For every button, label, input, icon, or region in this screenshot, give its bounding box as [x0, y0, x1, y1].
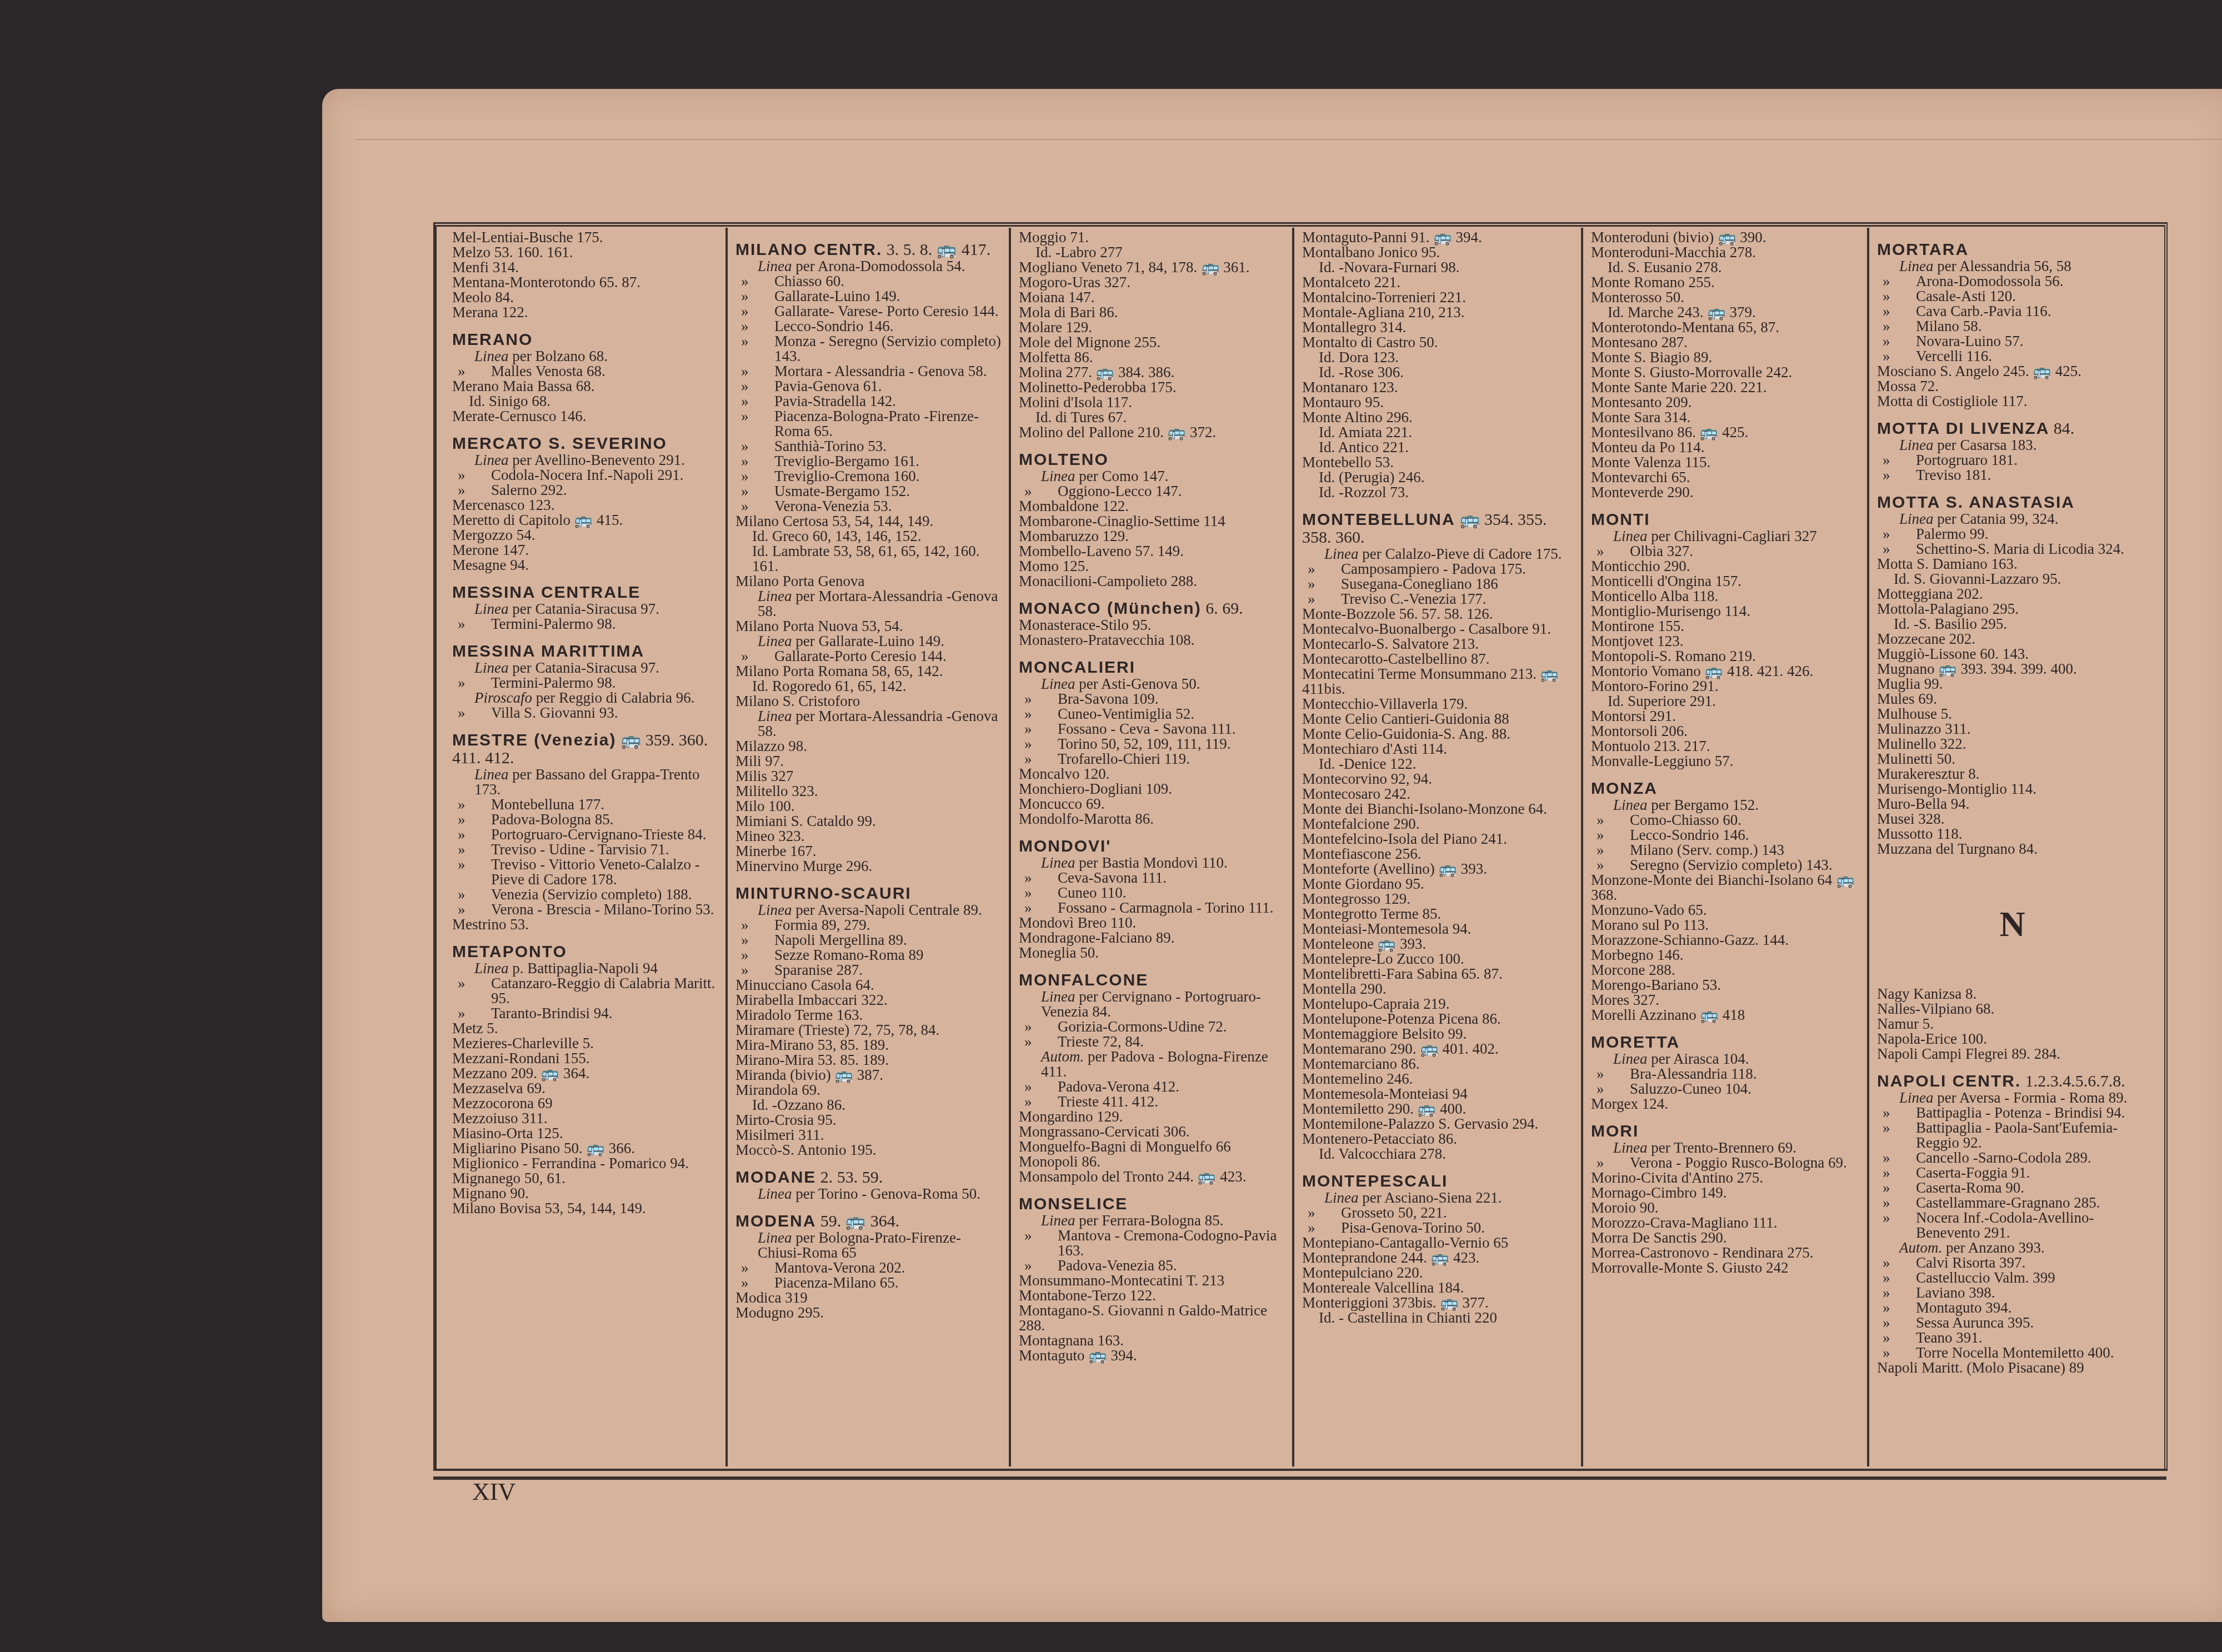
line-continuation: Gallarate- Varese- Porto Ceresio 144. [735, 304, 1001, 319]
station-heading: MERCATO S. SEVERINO [452, 435, 718, 453]
index-entry: Id. -Novara-Furnari 98. [1302, 260, 1573, 275]
line-entry: Linea per Trento-Brennero 69. [1591, 1140, 1859, 1155]
line-continuation: Sessa Aurunca 395. [1877, 1315, 2148, 1330]
line-continuation: Malles Venosta 68. [452, 364, 718, 379]
line-continuation: Portogruaro 181. [1877, 453, 2148, 468]
station-table-refs: 6. 69. [1202, 599, 1243, 618]
index-entry: Mottola-Palagiano 295. [1877, 602, 2148, 617]
station-heading: METAPONTO [452, 943, 718, 961]
index-entry: Montaguto 🚌 394. [1019, 1348, 1284, 1363]
line-label: Linea [474, 659, 509, 676]
line-continuation: Formia 89, 279. [735, 918, 1001, 933]
index-entry: Mulhouse 5. [1877, 707, 2148, 722]
index-entry: Montesano 287. [1591, 335, 1859, 350]
line-label: Linea [758, 633, 792, 649]
line-destination: per Avellino-Benevento 291. [509, 452, 685, 468]
line-continuation: Venezia (Servizio completo) 188. [452, 887, 718, 902]
index-entry: Mezzoiuso 311. [452, 1111, 718, 1126]
line-label: Linea [758, 902, 792, 918]
index-entry: Montalbano Jonico 95. [1302, 245, 1573, 260]
line-continuation: Cuneo 110. [1019, 885, 1284, 900]
line-label: Linea [758, 708, 792, 724]
index-entry: Monchiero-Dogliani 109. [1019, 782, 1284, 797]
line-continuation: Portogruaro-Cervignano-Trieste 84. [452, 827, 718, 842]
line-label: Linea [1899, 437, 1934, 453]
station-name: MODANE [735, 1168, 816, 1187]
line-continuation: Fossano - Ceva - Savona 111. [1019, 722, 1284, 737]
index-entry: Muggiò-Lissone 60. 143. [1877, 647, 2148, 662]
index-entry: Morelli Azzinano 🚌 418 [1591, 1008, 1859, 1023]
index-entry: Musei 328. [1877, 812, 2148, 827]
index-entry: Moroio 90. [1591, 1200, 1859, 1215]
line-continuation: Treviso C.-Venezia 177. [1302, 592, 1573, 607]
index-entry: Merone 147. [452, 543, 718, 558]
index-entry: Montemarciano 86. [1302, 1057, 1573, 1072]
line-destination: per Aversa - Formia - Roma 89. [1934, 1089, 2128, 1106]
station-table-refs: 84. [2049, 419, 2074, 438]
line-continuation: Trieste 72, 84. [1019, 1034, 1284, 1049]
line-continuation: Padova-Venezia 85. [1019, 1258, 1284, 1273]
line-continuation: Usmate-Bergamo 152. [735, 484, 1001, 499]
line-continuation: Sezze Romano-Roma 89 [735, 948, 1001, 963]
index-entry: Montegrosso 129. [1302, 892, 1573, 907]
index-entry: Id. -Ozzano 86. [735, 1098, 1001, 1113]
index-entry: Id. Antico 221. [1302, 440, 1573, 455]
index-entry: Montalto di Castro 50. [1302, 335, 1573, 350]
index-entry: Monte Celio-Guidonia-S. Ang. 88. [1302, 727, 1573, 742]
index-entry: Montepulciano 220. [1302, 1265, 1573, 1280]
line-continuation: Monza - Seregno (Servizio completo) 143. [735, 334, 1001, 364]
station-name: MESTRE (Venezia) [452, 731, 616, 749]
index-entry: Miramare (Trieste) 72, 75, 78, 84. [735, 1023, 1001, 1038]
station-heading: MONZA [1591, 780, 1859, 798]
station-name: MONCALIERI [1019, 658, 1135, 677]
station-name: MINTURNO-SCAURI [735, 884, 912, 903]
index-entry: Mozzecane 202. [1877, 632, 2148, 647]
index-entry: Montereale Valcellina 184. [1302, 1280, 1573, 1295]
index-entry: Monte Valenza 115. [1591, 455, 1859, 470]
index-entry: Morazzone-Schianno-Gazz. 144. [1591, 933, 1859, 948]
index-entry: Minervino Murge 296. [735, 859, 1001, 874]
line-continuation: Napoli Mergellina 89. [735, 933, 1001, 948]
line-destination: per Calalzo-Pieve di Cadore 175. [1359, 545, 1562, 562]
station-name: MOLTENO [1019, 450, 1109, 469]
page-edge-line [356, 139, 2222, 140]
station-name: MONACO (München) [1019, 599, 1202, 618]
index-entry: Minucciano Casola 64. [735, 978, 1001, 993]
index-entry: Moncucco 69. [1019, 797, 1284, 812]
index-entry: Mignanego 50, 61. [452, 1171, 718, 1186]
index-entry: Montefelcino-Isola del Piano 241. [1302, 832, 1573, 847]
index-entry: Modugno 295. [735, 1305, 1001, 1320]
line-entry: Linea p. Battipaglia-Napoli 94 [452, 961, 718, 976]
index-entry: Id. Marche 243. 🚌 379. [1591, 305, 1859, 320]
index-entry: Id. Lambrate 53, 58, 61, 65, 142, 160. 1… [735, 544, 1001, 574]
index-entry: Mules 69. [1877, 692, 2148, 707]
line-continuation: Mantova-Verona 202. [735, 1260, 1001, 1275]
line-label: Linea [474, 960, 509, 977]
index-entry: Id. Greco 60, 143, 146, 152. [735, 529, 1001, 544]
station-heading: MESSINA MARITTIMA [452, 643, 718, 660]
line-continuation: Cuneo-Ventimiglia 52. [1019, 707, 1284, 722]
index-entry: Montorsoli 206. [1591, 724, 1859, 739]
station-heading: MONSELICE [1019, 1195, 1284, 1213]
line-continuation: Vercelli 116. [1877, 349, 2148, 364]
line-continuation: Verona-Venezia 53. [735, 499, 1001, 514]
index-entry: Mirabella Imbaccari 322. [735, 993, 1001, 1008]
line-entry: Linea per Catania-Siracusa 97. [452, 602, 718, 617]
index-entry: Montepiano-Cantagallo-Vernio 65 [1302, 1235, 1573, 1250]
line-entry: Linea per Arona-Domodossola 54. [735, 259, 1001, 274]
station-name: MODENA [735, 1212, 816, 1230]
line-continuation: Novara-Luino 57. [1877, 334, 2148, 349]
index-entry: Metz 5. [452, 1021, 718, 1036]
line-entry: Linea per Casarsa 183. [1877, 438, 2148, 453]
index-entry: Mergozzo 54. [452, 528, 718, 543]
line-continuation: Sparanise 287. [735, 963, 1001, 978]
station-name: MONDOVI' [1019, 837, 1111, 855]
line-label: Piroscafo [474, 689, 532, 706]
index-entry: Migliarino Pisano 50. 🚌 366. [452, 1141, 718, 1156]
index-entry: Moccò-S. Antonio 195. [735, 1143, 1001, 1158]
line-destination: per Bastia Mondovì 110. [1075, 854, 1228, 871]
line-entry: Linea per Bassano del Grappa-Trento 173. [452, 767, 718, 797]
line-label: Linea [474, 600, 509, 617]
station-name: METAPONTO [452, 943, 567, 961]
index-entry: Mombaldone 122. [1019, 499, 1284, 514]
index-entry: Montella 290. [1302, 982, 1573, 997]
line-label: Linea [1613, 528, 1648, 544]
line-entry: Linea per Catania-Siracusa 97. [452, 660, 718, 675]
index-entry: Motta S. Damiano 163. [1877, 557, 2148, 572]
line-label: Linea [758, 1185, 792, 1202]
line-continuation: Battipaglia - Potenza - Brindisi 94. [1877, 1105, 2148, 1120]
index-entry: Id. -S. Basilio 295. [1877, 617, 2148, 632]
index-entry: Motta di Costigliole 117. [1877, 394, 2148, 409]
station-heading: MESSINA CENTRALE [452, 584, 718, 602]
index-entry: Monte Sara 314. [1591, 410, 1859, 425]
station-heading: MESTRE (Venezia) 🚌 359. 360. 411. 412. [452, 732, 718, 767]
index-entry: Monasterace-Stilo 95. [1019, 618, 1284, 633]
line-continuation: Montebelluna 177. [452, 797, 718, 812]
station-name: NAPOLI CENTR. [1877, 1072, 2021, 1090]
index-entry: Monte dei Bianchi-Isolano-Monzone 64. [1302, 802, 1573, 817]
line-continuation: Camposampiero - Padova 175. [1302, 562, 1573, 577]
line-continuation: Castellammare-Gragnano 285. [1877, 1195, 2148, 1210]
index-entry: Molini d'Isola 117. [1019, 395, 1284, 410]
line-label: Linea [1613, 1139, 1648, 1156]
line-entry: Linea per Mortara-Alessandria -Genova 58… [735, 589, 1001, 619]
index-column-2: MILANO CENTR. 3. 5. 8. 🚌 417.Linea per A… [728, 228, 1011, 1466]
line-label: Linea [758, 258, 792, 274]
index-entry: Mugnano 🚌 393. 394. 399. 400. [1877, 662, 2148, 677]
line-continuation: Nocera Inf.-Codola-Avellino-Benevento 29… [1877, 1210, 2148, 1240]
line-continuation: Trieste 411. 412. [1019, 1094, 1284, 1109]
line-destination: per Gallarate-Luino 149. [792, 633, 944, 649]
index-entry: Murisengo-Montiglio 114. [1877, 782, 2148, 797]
line-continuation: Treviso 181. [1877, 468, 2148, 483]
line-label: Linea [758, 588, 792, 604]
index-entry: Montabone-Terzo 122. [1019, 1288, 1284, 1303]
line-entry: Autom. per Anzano 393. [1877, 1240, 2148, 1255]
line-label: Linea [474, 766, 509, 783]
line-entry: Linea per Bologna-Prato-Firenze-Chiusi-R… [735, 1230, 1001, 1260]
index-entry: Molfetta 86. [1019, 350, 1284, 365]
index-entry: Napoli Campi Flegrei 89. 284. [1877, 1047, 2148, 1062]
index-entry: Mossa 72. [1877, 379, 2148, 394]
index-entry: Mombello-Laveno 57. 149. [1019, 544, 1284, 559]
index-entry: Morengo-Bariano 53. [1591, 978, 1859, 993]
line-continuation: Trofarello-Chieri 119. [1019, 752, 1284, 767]
index-entry: Monvalle-Leggiuno 57. [1591, 754, 1859, 769]
index-entry: Miglionico - Ferrandina - Pomarico 94. [452, 1156, 718, 1171]
index-entry: Mentana-Monterotondo 65. 87. [452, 275, 718, 290]
line-continuation: Padova-Bologna 85. [452, 812, 718, 827]
line-label: Linea [1041, 675, 1075, 692]
line-continuation: Piacenza-Bologna-Prato -Firenze-Roma 65. [735, 409, 1001, 439]
line-continuation: Olbia 327. [1591, 544, 1859, 559]
index-entry: Id. Valcocchiara 278. [1302, 1147, 1573, 1162]
index-entry: Milis 327 [735, 769, 1001, 784]
index-entry: Mezzocorona 69 [452, 1096, 718, 1111]
line-entry: Linea per Asciano-Siena 221. [1302, 1190, 1573, 1205]
index-entry: Montechiaro d'Asti 114. [1302, 742, 1573, 757]
line-destination: per Anzano 393. [1942, 1239, 2044, 1256]
line-destination: per Casarsa 183. [1934, 437, 2037, 453]
line-continuation: Villa S. Giovanni 93. [452, 705, 718, 720]
line-destination: per Alessandria 56, 58 [1934, 258, 2071, 274]
index-entry: Meolo 84. [452, 290, 718, 305]
index-entry: Monguelfo-Bagni di Monguelfo 66 [1019, 1139, 1284, 1154]
index-entry: Mulinetti 50. [1877, 752, 2148, 767]
line-destination: per Trento-Brennero 69. [1648, 1139, 1796, 1156]
index-entry: Monsampolo del Tronto 244. 🚌 423. [1019, 1169, 1284, 1184]
line-entry: Piroscafo per Reggio di Calabria 96. [452, 690, 718, 705]
line-continuation: Salerno 292. [452, 483, 718, 498]
line-entry: Linea per Alessandria 56, 58 [1877, 259, 2148, 274]
station-heading: MOTTA S. ANASTASIA [1877, 494, 2148, 512]
index-entry: Id. Rogoredo 61, 65, 142. [735, 679, 1001, 694]
line-entry: Linea per Bastia Mondovì 110. [1019, 855, 1284, 870]
index-entry: Momo 125. [1019, 559, 1284, 574]
station-heading: MORI [1591, 1123, 1859, 1140]
line-destination: per Airasca 104. [1648, 1050, 1749, 1067]
index-entry: Modica 319 [735, 1290, 1001, 1305]
index-entry: Id. -Denice 122. [1302, 757, 1573, 772]
line-entry: Linea per Mortara-Alessandria -Genova 58… [735, 709, 1001, 739]
station-heading: MERANO [452, 331, 718, 349]
station-table-refs: 59. 🚌 364. [816, 1212, 899, 1230]
index-entry: Morrea-Castronovo - Rendinara 275. [1591, 1245, 1859, 1260]
index-entry: Mirto-Crosia 95. [735, 1113, 1001, 1128]
index-entry: Milano Bovisa 53, 54, 144, 149. [452, 1201, 718, 1216]
line-entry: Linea per Cervignano - Portogruaro-Venez… [1019, 989, 1284, 1019]
index-entry: Montemilone-Palazzo S. Gervasio 294. [1302, 1117, 1573, 1132]
index-entry: Muzzana del Turgnano 84. [1877, 842, 2148, 857]
index-entry: Milano Certosa 53, 54, 144, 149. [735, 514, 1001, 529]
line-destination: per Arona-Domodossola 54. [792, 258, 965, 274]
station-heading: MODENA 59. 🚌 364. [735, 1213, 1001, 1230]
line-label: Linea [1899, 1089, 1934, 1106]
station-name: MORI [1591, 1122, 1639, 1140]
index-entry: Melzo 53. 160. 161. [452, 245, 718, 260]
station-heading: MORETTA [1591, 1034, 1859, 1052]
line-continuation: Bra-Alessandria 118. [1591, 1067, 1859, 1082]
station-table-refs: 1.2.3.4.5.6.7.8. [2021, 1072, 2125, 1090]
line-label: Linea [1613, 797, 1648, 813]
index-entry: Montirone 155. [1591, 619, 1859, 634]
index-entry: Minerbe 167. [735, 844, 1001, 859]
line-continuation: Cancello -Sarno-Codola 289. [1877, 1150, 2148, 1165]
index-entry: Montebello 53. [1302, 455, 1573, 470]
index-entry: Montaguto-Panni 91. 🚌 394. [1302, 230, 1573, 245]
index-entry: Montefiascone 256. [1302, 847, 1573, 862]
index-entry: Napoli Maritt. (Molo Pisacane) 89 [1877, 1360, 2148, 1375]
index-entry: Montoro-Forino 291. [1591, 679, 1859, 694]
index-entry: Monte S. Biagio 89. [1591, 350, 1859, 365]
index-entry: Morozzo-Crava-Magliano 111. [1591, 1215, 1859, 1230]
line-label: Autom. [1899, 1239, 1942, 1256]
index-entry: Montemaggiore Belsito 99. [1302, 1027, 1573, 1042]
line-destination: per Torino - Genova-Roma 50. [792, 1185, 981, 1202]
index-entry: Montiglio-Murisengo 114. [1591, 604, 1859, 619]
line-continuation: Caserta-Roma 90. [1877, 1180, 2148, 1195]
index-entry: Mole del Mignone 255. [1019, 335, 1284, 350]
index-entry: Mestrino 53. [452, 917, 718, 932]
index-entry: Mondragone-Falciano 89. [1019, 930, 1284, 945]
line-continuation: Santhià-Torino 53. [735, 439, 1001, 454]
line-continuation: Fossano - Carmagnola - Torino 111. [1019, 900, 1284, 915]
line-continuation: Verona - Poggio Rusco-Bologna 69. [1591, 1155, 1859, 1170]
line-entry: Linea per Torino - Genova-Roma 50. [735, 1187, 1001, 1202]
index-entry: Montefalcione 290. [1302, 817, 1573, 832]
index-entry: Monticello Alba 118. [1591, 589, 1859, 604]
index-entry: Montecalvo-Buonalbergo - Casalbore 91. [1302, 622, 1573, 637]
line-label: Linea [474, 348, 509, 364]
line-entry: Linea per Calalzo-Pieve di Cadore 175. [1302, 547, 1573, 562]
index-entry: Montorio Vomano 🚌 418. 421. 426. [1591, 664, 1859, 679]
index-entry: Misilmeri 311. [735, 1128, 1001, 1143]
index-entry: Montesilvano 86. 🚌 425. [1591, 425, 1859, 440]
index-entry: Monteu da Po 114. [1591, 440, 1859, 455]
line-entry: Linea per Ferrara-Bologna 85. [1019, 1213, 1284, 1228]
station-name: MONFALCONE [1019, 971, 1148, 989]
index-entry: Merana 122. [452, 305, 718, 320]
line-entry: Linea per Bolzano 68. [452, 349, 718, 364]
index-entry: Montanaro 123. [1302, 380, 1573, 395]
index-entry: Monastero-Pratavecchia 108. [1019, 633, 1284, 648]
index-entry: Morgex 124. [1591, 1097, 1859, 1112]
index-entry: Montemarano 290. 🚌 401. 402. [1302, 1042, 1573, 1057]
line-entry: Linea per Chilivagni-Cagliari 327 [1591, 529, 1859, 544]
line-continuation: Palermo 99. [1877, 527, 2148, 542]
line-destination: per Ferrara-Bologna 85. [1075, 1212, 1224, 1229]
index-entry: Mezieres-Charleville 5. [452, 1036, 718, 1051]
index-entry: Nalles-Vilpiano 68. [1877, 1002, 2148, 1017]
index-entry: Monte Giordano 95. [1302, 877, 1573, 892]
index-entry: Monzuno-Vado 65. [1591, 903, 1859, 918]
index-entry: Montevarchi 65. [1591, 470, 1859, 485]
line-continuation: Bra-Savona 109. [1019, 692, 1284, 707]
line-destination: per Mortara-Alessandria -Genova 58. [758, 708, 998, 739]
line-destination: per Aversa-Napoli Centrale 89. [792, 902, 982, 918]
station-heading: MODANE 2. 53. 59. [735, 1169, 1001, 1187]
line-continuation: Castelluccio Valm. 399 [1877, 1270, 2148, 1285]
index-entry: Id. Amiata 221. [1302, 425, 1573, 440]
station-name: MESSINA MARITTIMA [452, 642, 644, 660]
index-entry: Morano sul Po 113. [1591, 918, 1859, 933]
index-entry: Monteriggioni 373bis. 🚌 377. [1302, 1295, 1573, 1310]
index-entry: Montauro 95. [1302, 395, 1573, 410]
line-continuation: Pavia-Stradella 142. [735, 394, 1001, 409]
index-entry: Montale-Agliana 210, 213. [1302, 305, 1573, 320]
line-label: Linea [1613, 1050, 1648, 1067]
page-number: XIV [472, 1478, 516, 1506]
index-entry: Monteroduni (bivio) 🚌 390. [1591, 230, 1859, 245]
index-entry: Monte-Bozzole 56. 57. 58. 126. [1302, 607, 1573, 622]
index-entry: Montelepre-Lo Zucco 100. [1302, 952, 1573, 967]
index-entry: Montesanto 209. [1591, 395, 1859, 410]
line-entry: Linea per Catania 99, 324. [1877, 512, 2148, 527]
line-continuation: Torino 50, 52, 109, 111, 119. [1019, 737, 1284, 752]
index-entry: Merate-Cernusco 146. [452, 409, 718, 424]
frame-bottom-rule [433, 1469, 2166, 1480]
station-heading: MONTEBELLUNA 🚌 354. 355. 358. 360. [1302, 511, 1573, 547]
line-continuation: Lecco-Sondrio 146. [735, 319, 1001, 334]
index-entry: Mombaruzzo 129. [1019, 529, 1284, 544]
index-column-6: MORTARALinea per Alessandria 56, 58Arona… [1869, 228, 2155, 1466]
index-entry: Monzone-Monte dei Bianchi-Isolano 64 🚌 3… [1591, 873, 1859, 903]
index-entry: Molinetto-Pederobba 175. [1019, 380, 1284, 395]
index-entry: Moneglia 50. [1019, 945, 1284, 960]
index-entry: Mongardino 129. [1019, 1109, 1284, 1124]
index-entry: Mineo 323. [735, 829, 1001, 844]
line-continuation: Gorizia-Cormons-Udine 72. [1019, 1019, 1284, 1034]
index-entry: Mola di Bari 86. [1019, 305, 1284, 320]
index-entry: Id. Superiore 291. [1591, 694, 1859, 709]
line-destination: per Bergamo 152. [1648, 797, 1759, 813]
index-entry: Montalcino-Torrenieri 221. [1302, 290, 1573, 305]
index-entry: Montecosaro 242. [1302, 787, 1573, 802]
index-entry: Molina 277. 🚌 384. 386. [1019, 365, 1284, 380]
index-entry: Mulinello 322. [1877, 737, 2148, 752]
line-label: Linea [758, 1229, 792, 1246]
station-table-refs: 3. 5. 8. 🚌 417. [882, 241, 990, 259]
index-entry: Molino del Pallone 210. 🚌 372. [1019, 425, 1284, 440]
station-name: MILANO CENTR. [735, 241, 882, 259]
index-entry: Milano S. Cristoforo [735, 694, 1001, 709]
line-continuation: Cava Carb.-Pavia 116. [1877, 304, 2148, 319]
index-entry: Namur 5. [1877, 1017, 2148, 1032]
index-entry: Mondovì Breo 110. [1019, 915, 1284, 930]
index-entry: Montagano-S. Giovanni n Galdo-Matrice 28… [1019, 1303, 1284, 1333]
index-entry: Mili 97. [735, 754, 1001, 769]
line-label: Autom. [1041, 1048, 1084, 1065]
line-label: Linea [1041, 1212, 1075, 1229]
station-name: MONTEBELLUNA [1302, 510, 1455, 529]
line-continuation: Mantova - Cremona-Codogno-Pavia 163. [1019, 1228, 1284, 1258]
line-destination: per Como 147. [1075, 468, 1169, 484]
index-entry: Mosciano S. Angelo 245. 🚌 425. [1877, 364, 2148, 379]
index-entry: Montopoli-S. Romano 219. [1591, 649, 1859, 664]
line-destination: per Asciano-Siena 221. [1359, 1189, 1502, 1206]
station-table-refs: 2. 53. 59. [816, 1168, 883, 1187]
line-continuation: Piacenza-Milano 65. [735, 1275, 1001, 1290]
index-entry: Monterotondo-Mentana 65, 87. [1591, 320, 1859, 335]
line-destination: per Bolzano 68. [509, 348, 608, 364]
index-entry: Montagnana 163. [1019, 1333, 1284, 1348]
station-name: MONZA [1591, 779, 1658, 798]
